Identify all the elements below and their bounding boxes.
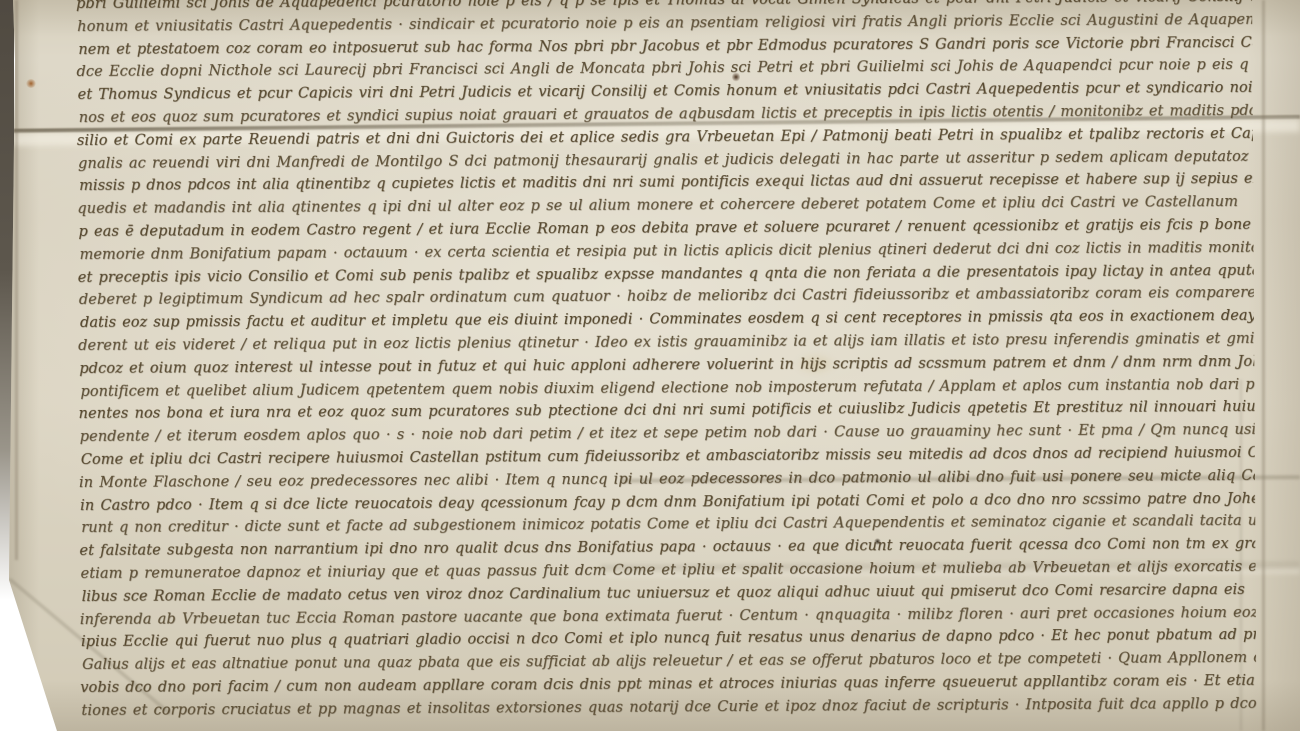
- manuscript-text-block: pbri Guilielmi sci Johis de Aquapedenci …: [76, 0, 1256, 722]
- parchment-sheet: pbri Guilielmi sci Johis de Aquapedenci …: [0, 0, 1300, 731]
- rust-stain: [26, 79, 36, 88]
- manuscript-photo: pbri Guilielmi sci Johis de Aquapedenci …: [0, 0, 1300, 731]
